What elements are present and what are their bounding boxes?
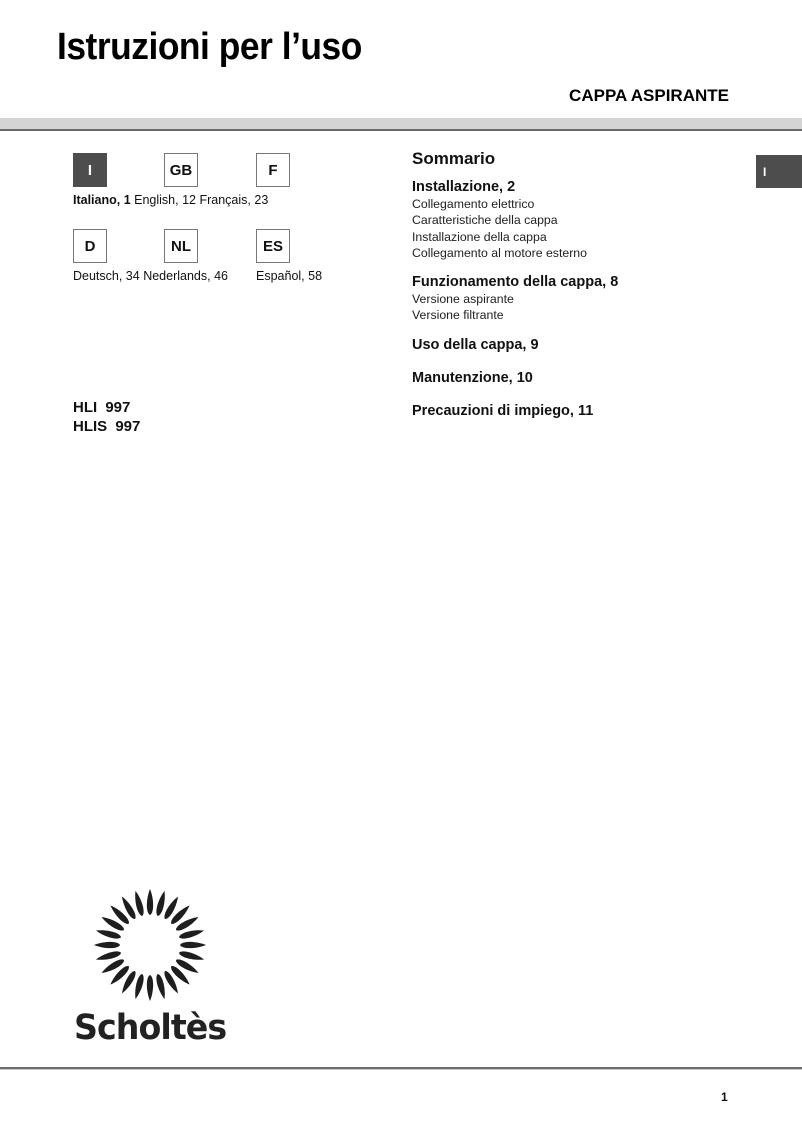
lang-box-german[interactable]: D (73, 229, 107, 263)
side-language-tab: I (756, 155, 802, 188)
lang-label-dutch[interactable]: Nederlands, 46 (143, 269, 228, 283)
lang-label-row1: Italiano, 1 English, 12 Français, 23 (73, 193, 268, 207)
table-of-contents: Sommario Installazione, 2 Collegamento e… (412, 149, 732, 432)
sunburst-icon (90, 884, 210, 1006)
page-number: 1 (721, 1090, 728, 1104)
toc-section-title[interactable]: Uso della cappa, 9 (412, 336, 732, 354)
side-tab-label: I (763, 165, 766, 179)
lang-label-english[interactable]: English, 12 (134, 193, 196, 207)
toc-section-title[interactable]: Installazione, 2 (412, 178, 732, 196)
header-band (0, 118, 802, 131)
model-name: HLIS 997 (73, 417, 140, 436)
footer-rule (0, 1067, 802, 1070)
model-list: HLI 997 HLIS 997 (73, 398, 140, 436)
model-name: HLI 997 (73, 398, 140, 417)
toc-section-title[interactable]: Funzionamento della cappa, 8 (412, 273, 732, 291)
brand-logo (90, 884, 210, 1011)
toc-section-precautions: Precauzioni di impiego, 11 (412, 402, 732, 420)
lang-label-italian[interactable]: Italiano, 1 (73, 193, 131, 207)
toc-subitem[interactable]: Caratteristiche della cappa (412, 212, 732, 228)
toc-subitem[interactable]: Installazione della cappa (412, 229, 732, 245)
lang-box-italian[interactable]: I (73, 153, 107, 187)
toc-section-title[interactable]: Precauzioni di impiego, 11 (412, 402, 732, 420)
toc-section-installation: Installazione, 2 Collegamento elettrico … (412, 178, 732, 261)
toc-section-operation: Funzionamento della cappa, 8 Versione as… (412, 273, 732, 324)
lang-box-dutch[interactable]: NL (164, 229, 198, 263)
product-type: CAPPA ASPIRANTE (569, 86, 729, 106)
toc-subitem[interactable]: Versione aspirante (412, 291, 732, 307)
toc-subitem[interactable]: Collegamento elettrico (412, 196, 732, 212)
lang-label-spanish[interactable]: Español, 58 (256, 269, 322, 283)
brand-name: Scholtès (74, 1008, 226, 1048)
lang-box-spanish[interactable]: ES (256, 229, 290, 263)
lang-label-german[interactable]: Deutsch, 34 (73, 269, 140, 283)
toc-section-use: Uso della cappa, 9 (412, 336, 732, 354)
toc-subitem[interactable]: Versione filtrante (412, 307, 732, 323)
toc-heading: Sommario (412, 149, 732, 169)
document-title: Istruzioni per l’uso (57, 26, 362, 69)
lang-label-french[interactable]: Français, 23 (199, 193, 268, 207)
lang-box-french[interactable]: F (256, 153, 290, 187)
toc-section-title[interactable]: Manutenzione, 10 (412, 369, 732, 387)
toc-section-maintenance: Manutenzione, 10 (412, 369, 732, 387)
lang-box-english[interactable]: GB (164, 153, 198, 187)
toc-subitem[interactable]: Collegamento al motore esterno (412, 245, 732, 261)
lang-label-german-dutch: Deutsch, 34 Nederlands, 46 (73, 269, 228, 283)
